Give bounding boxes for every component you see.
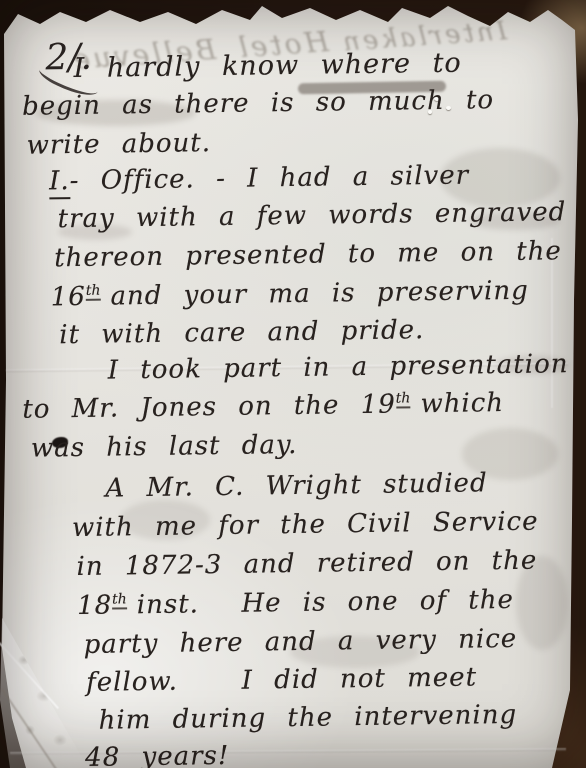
letter-line-17: fellow. I did not meet [86, 663, 477, 698]
letter-line-2: begin as there is so much to [22, 86, 494, 122]
ordinal-superscript: th [396, 391, 411, 409]
letter-line-15: 18thinst. He is one of the [77, 586, 514, 622]
letter-line-10: to Mr. Jones on the 19thwhich [22, 389, 504, 426]
letter-photo: Hotel Bellevue Interlaken 2/. I hardly k… [0, 0, 586, 768]
letter-line-9: I took part in a presentation [108, 350, 569, 386]
ordinal-superscript: th [86, 283, 101, 301]
letter-line-19: 48 years! [85, 742, 230, 768]
letter-line-text: and your ma is preserving [110, 276, 529, 312]
handwritten-text-layer: 2/. I hardly know where to begin as ther… [0, 0, 586, 768]
letter-line-7: 16thand your ma is preserving [51, 277, 529, 314]
letter-line-13: with me for the Civil Service [72, 508, 539, 544]
letter-line-text: inst. He is one of the [137, 585, 514, 620]
letter-line-text: to Mr. Jones on the 19 [22, 390, 396, 425]
letter-line-16: party here and a very nice [83, 625, 517, 661]
letter-line-text: which [420, 388, 504, 419]
ordinal-superscript: th [112, 592, 127, 610]
letter-line-3: write about. [26, 129, 211, 161]
letter-line-8: it with care and pride. [59, 316, 424, 351]
letter-line-1: I hardly know where to [73, 48, 462, 84]
letter-line-18: him during the intervening [98, 701, 517, 737]
letter-line-text: 18 [77, 591, 113, 621]
section-numeral: I. [49, 166, 70, 199]
letter-line-12: A Mr. C. Wright studied [105, 469, 488, 504]
letter-line-text: 16 [51, 282, 87, 312]
letter-line-4: I.- Office. - I had a silver [49, 162, 469, 198]
letter-line-6: thereon presented to me on the [54, 237, 562, 274]
letter-line-11: was his last day. [31, 431, 298, 465]
letter-line-14: in 1872-3 and retired on the [76, 547, 537, 583]
letter-line-5: tray with a few words engraved [57, 198, 566, 235]
letter-line-text: - Office. - I had a silver [69, 161, 469, 197]
